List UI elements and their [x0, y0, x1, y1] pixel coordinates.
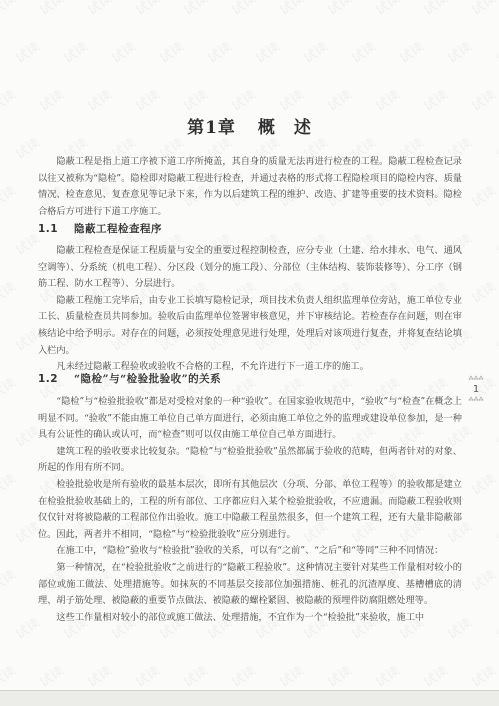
paragraph: 隐蔽工程检查是保证工程质量与安全的重要过程控制检查，应分专业（土建、给水排水、电… — [38, 243, 462, 293]
section-number: 1.2 — [38, 373, 74, 385]
page-background — [0, 691, 499, 706]
section-heading-1-1: 1.1隐蔽工程检查程序 — [38, 221, 162, 236]
section-1-1-body: 隐蔽工程检查是保证工程质量与安全的重要过程控制检查，应分专业（土建、给水排水、电… — [38, 243, 462, 376]
section-number: 1.1 — [38, 223, 74, 235]
chapter-side-tab: ⁂⁂⁂ 1 ⁂⁂⁂ — [466, 376, 486, 404]
section-title: 隐蔽工程检查程序 — [74, 223, 162, 235]
chapter-tab-number: 1 — [466, 383, 486, 397]
paragraph: 隐蔽工程是指上道工序被下道工序所掩盖，其自身的质量无法再进行检查的工程。隐蔽工程… — [38, 154, 462, 220]
paragraph: “隐检”与“检验批验收”都是对受检对象的一种“验收”。在国家验收规范中，“验收”… — [38, 394, 462, 444]
section-title: “隐检”与“检验批验收”的关系 — [74, 373, 221, 385]
section-1-2-body: “隐检”与“检验批验收”都是对受检对象的一种“验收”。在国家验收规范中，“验收”… — [38, 394, 462, 626]
chapter-title: 第1章概 述 — [0, 113, 499, 138]
chapter-label: 第1章 — [187, 118, 236, 138]
paragraph: 建筑工程的验收要求比较复杂。“隐检”与“检验批验收”虽然都属于验收的范畴，但两者… — [38, 444, 462, 477]
section-heading-1-2: 1.2“隐检”与“检验批验收”的关系 — [38, 371, 221, 386]
paragraph: 第一种情况，在“检验批验收”之前进行的“隐蔽工程验收”。这种情况主要针对某些工作… — [38, 560, 462, 610]
paragraph: 检验批验收是所有验收的最基本层次，即所有其他层次（分项、分部、单位工程等）的验收… — [38, 477, 462, 543]
ornament-icon: ⁂⁂⁂ — [466, 376, 486, 383]
paragraph: 隐蔽工程施工完毕后，由专业工长填写隐检记录，项目技术负责人组织监理单位旁站，施工… — [38, 293, 462, 359]
paragraph: 在施工中，“隐检”验收与“检验批”验收的关系，可以有“之前”、“之后”和“等同”… — [38, 543, 462, 560]
intro-text: 隐蔽工程是指上道工序被下道工序所掩盖，其自身的质量无法再进行检查的工程。隐蔽工程… — [38, 154, 462, 220]
chapter-name: 概 述 — [258, 118, 312, 138]
ornament-icon: ⁂⁂⁂ — [466, 397, 486, 404]
paragraph: 这些工作量相对较小的部位或施工做法、处理措施，不宜作为一个“检验批”来验收，施工… — [38, 610, 462, 627]
